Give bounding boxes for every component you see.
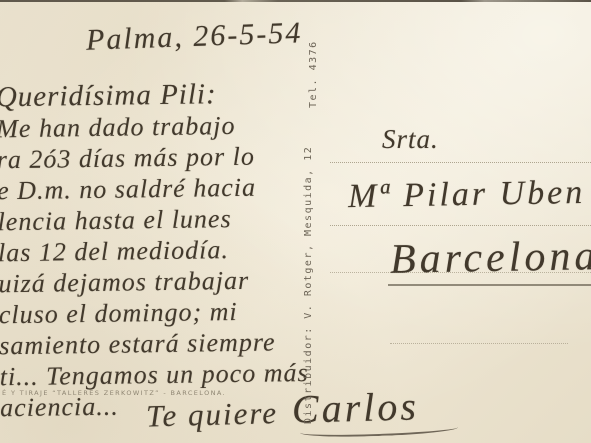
message-line: uizá dejamos trabajar <box>0 264 329 300</box>
message-line: Queridísima Pili: <box>0 78 326 114</box>
message-line: e D.m. no saldré hacia <box>0 171 327 207</box>
message-line: ra 2ó3 días más por lo <box>0 140 327 176</box>
message-line: samiento estará siempre <box>0 326 329 362</box>
postcard-back: Palma, 26-5-54 Queridísima Pili: Me han … <box>0 0 591 443</box>
address-ruled-line-4 <box>390 343 568 344</box>
address-ruled-line-1 <box>330 162 591 163</box>
address-city: Barcelona <box>390 232 591 284</box>
signature-closing: Te quiere <box>146 395 279 433</box>
address-salutation: Srta. <box>382 124 439 155</box>
address-ruled-line-2 <box>330 225 591 226</box>
address-recipient-name: Mª Pilar Uben <box>348 174 586 216</box>
printer-imprint: É Y TIRAJE “TALLERES ZERKOWITZ” - BARCEL… <box>2 389 252 397</box>
phone-imprint-vertical: Tel. 4376 <box>308 38 319 108</box>
message-line: las 12 del mediodía. <box>0 233 328 269</box>
message-line: cluso el domingo; mi <box>0 295 329 331</box>
message-line: lencia hasta el lunes <box>0 202 328 238</box>
dateline: Palma, 26-5-54 <box>85 16 302 58</box>
message-body: Queridísima Pili: Me han dado trabajo ra… <box>0 78 330 424</box>
distributor-imprint-vertical: Distribuidor: V. Rotger, Mesquida, 12 <box>303 130 314 424</box>
scan-top-edge-line <box>0 0 591 2</box>
address-underline-stroke <box>388 284 591 286</box>
message-line: Me han dado trabajo <box>0 109 326 145</box>
